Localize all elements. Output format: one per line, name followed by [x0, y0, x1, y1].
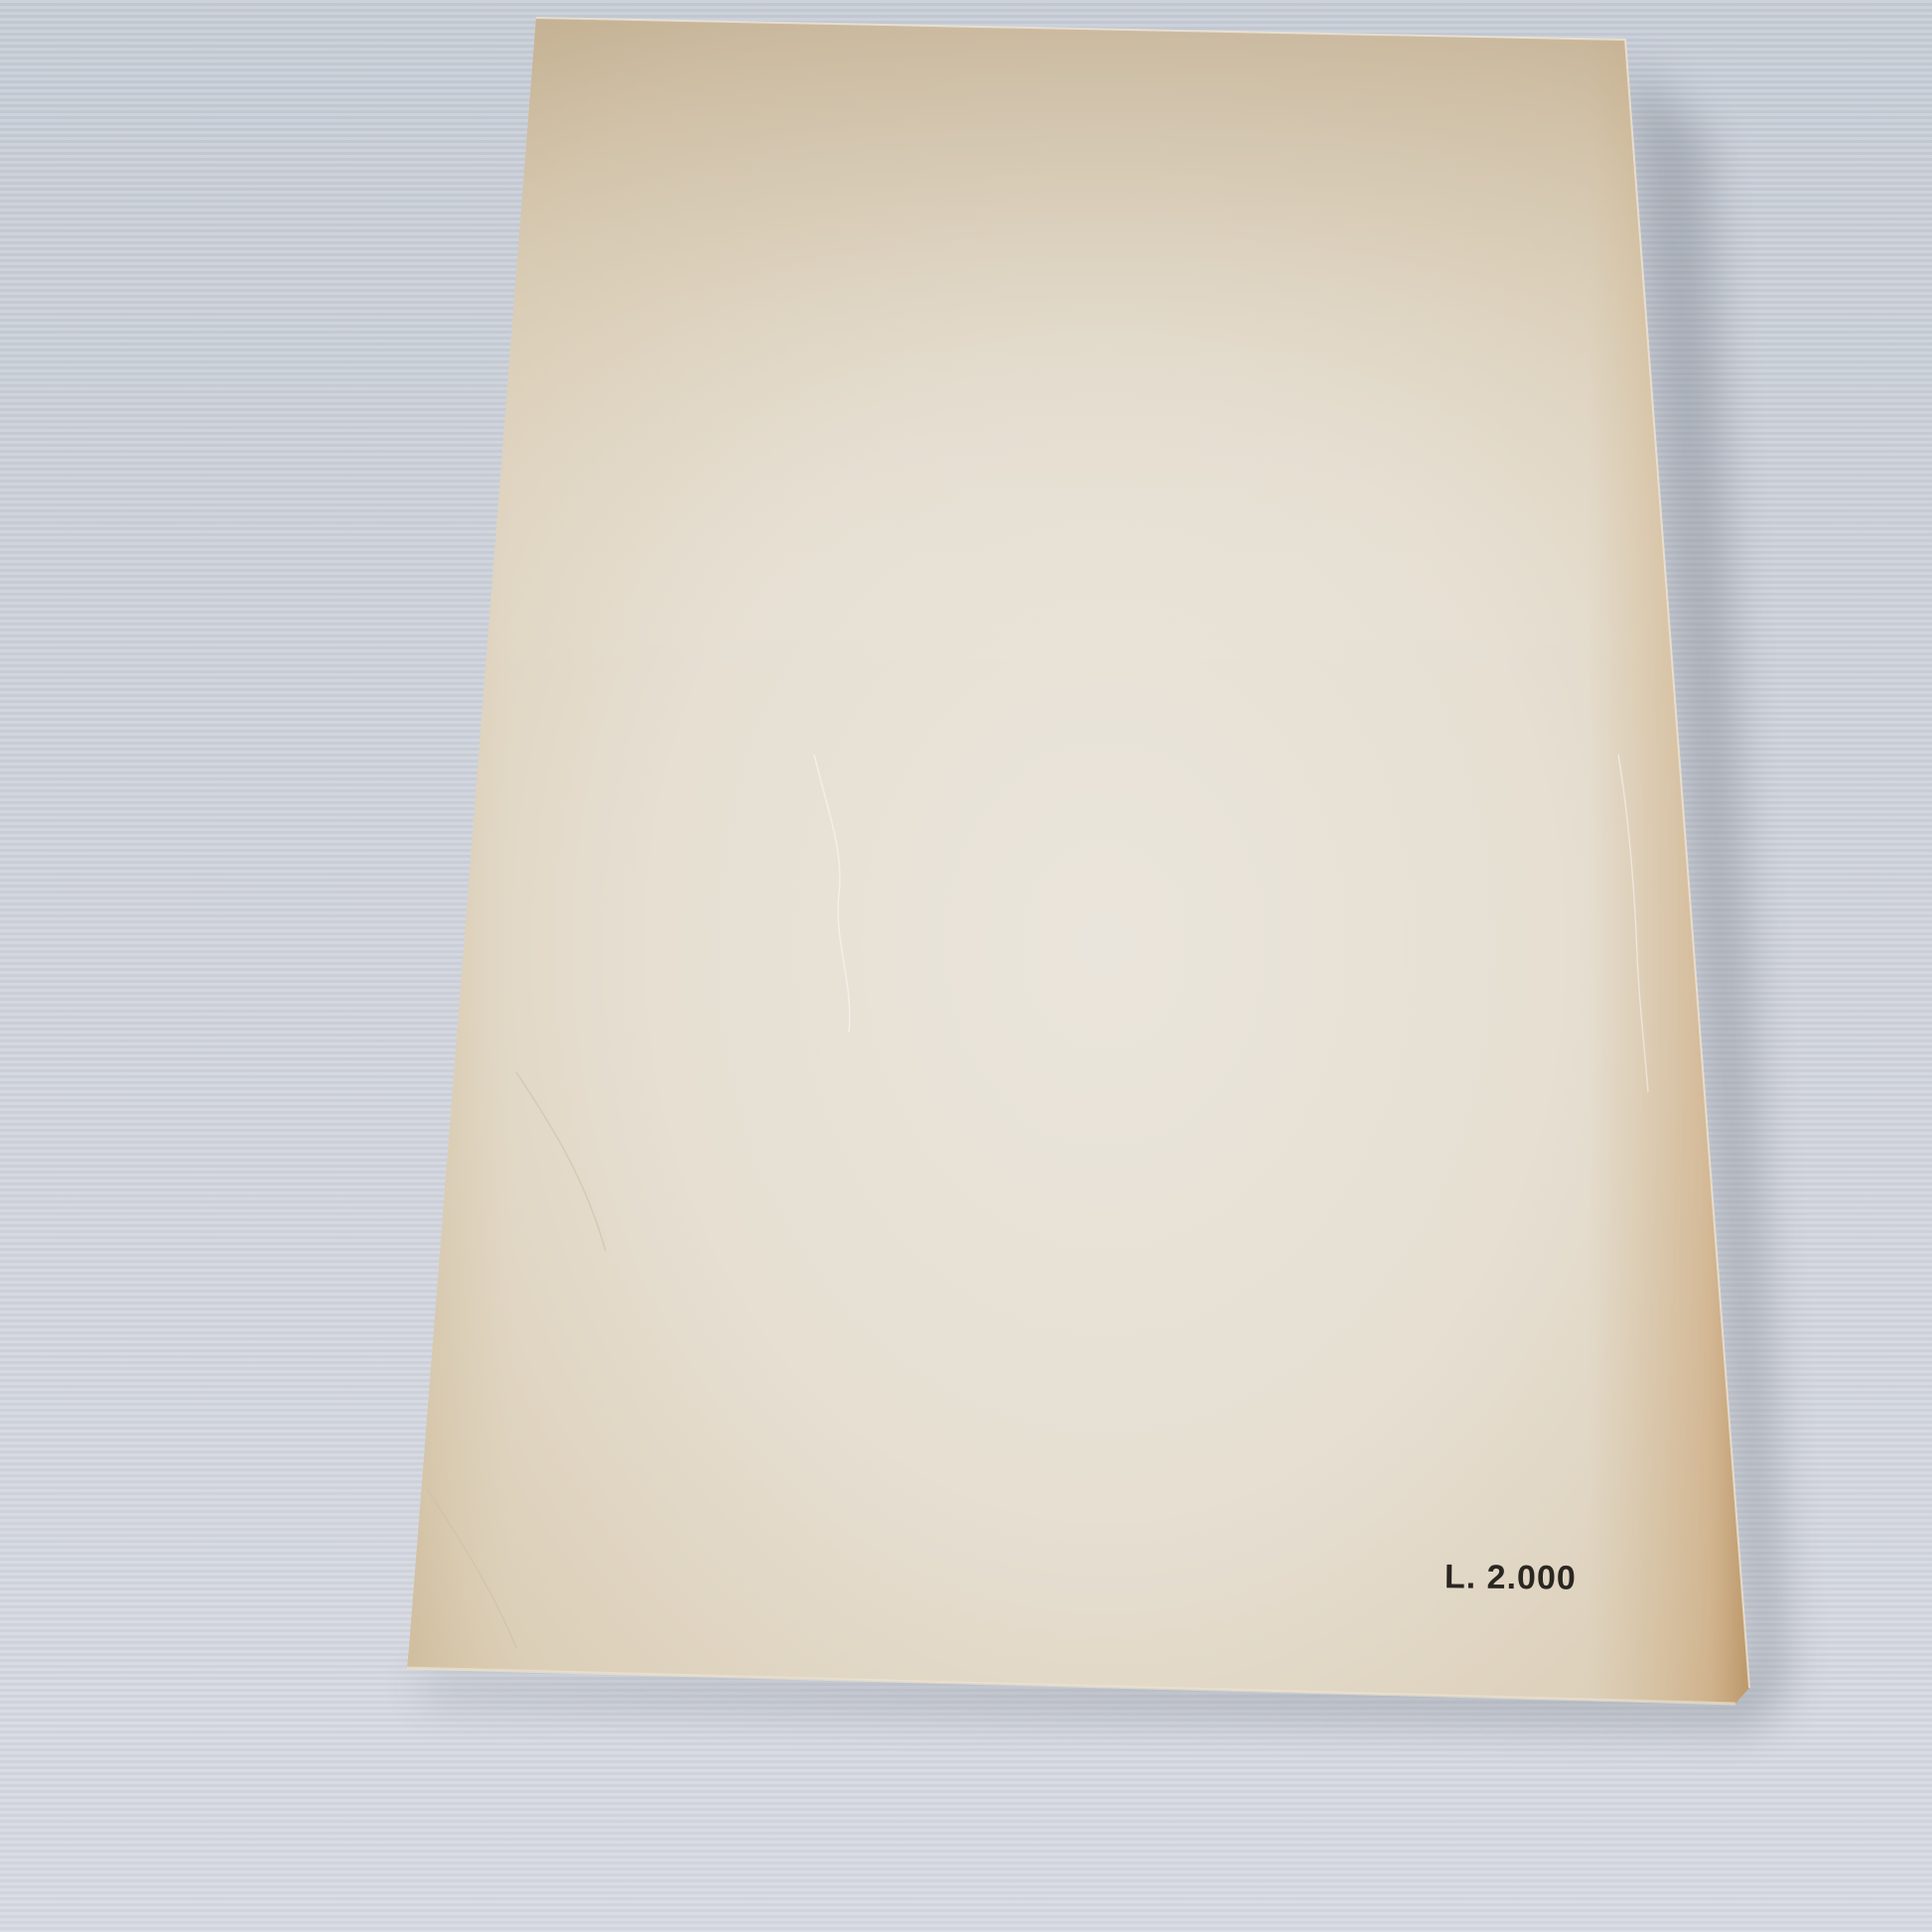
price-label: L. 2.000: [1445, 1558, 1577, 1597]
book-back-cover: [0, 0, 1932, 1932]
